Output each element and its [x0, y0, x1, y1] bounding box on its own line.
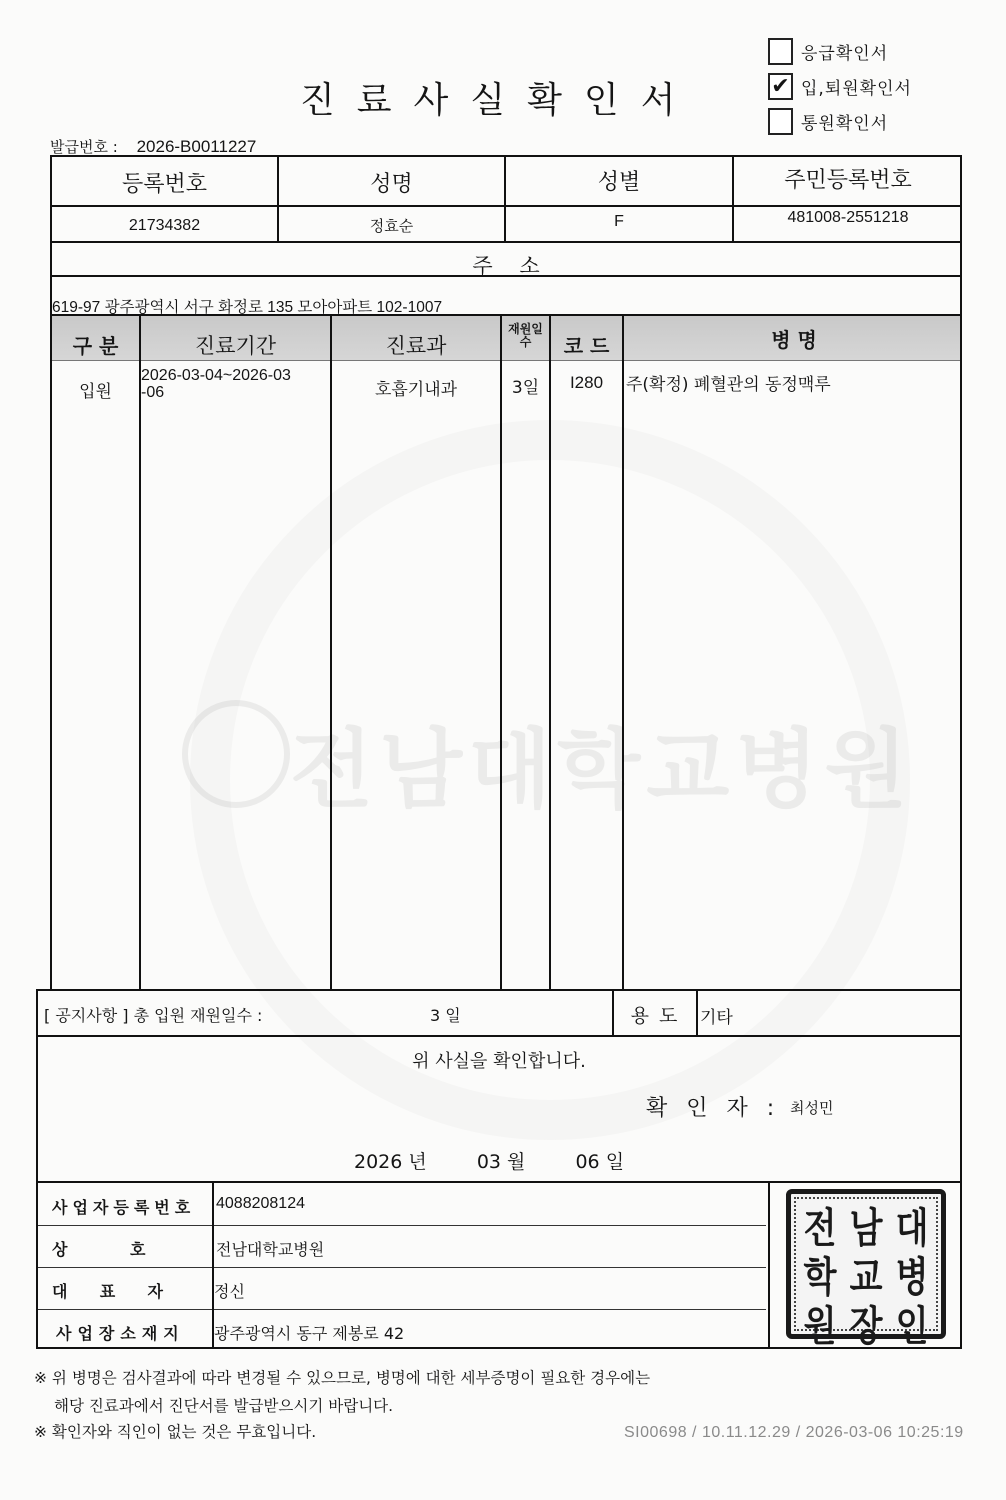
business-reg-value: 4088208124: [216, 1195, 305, 1213]
confirmation-section: [ 공지사항 ] 총 입원 재원일수 : 3 일 용 도 기타 위 사실을 확인…: [36, 989, 962, 1349]
issue-number: 2026-B0011227: [137, 137, 257, 156]
checkbox-label: 응급확인서: [801, 39, 888, 64]
print-stamp: SI00698 / 10.11.12.29 / 2026-03-06 10:25…: [624, 1424, 964, 1442]
row-code: I280: [551, 373, 622, 393]
header-days-line2: 수: [502, 336, 549, 349]
footer-note-2: ※ 확인자와 직인이 없는 것은 무효입니다.: [34, 1420, 316, 1442]
footer-note-1-line-2: 해당 진료과에서 진단서를 발급받으시기 바랍니다.: [54, 1394, 393, 1416]
issue-number-label: 발급번호 :: [50, 138, 118, 156]
seal-char: 인: [889, 1293, 935, 1352]
confirmer-label: 확 인 자 :: [646, 1091, 780, 1122]
confirmation-date: 2026 년 03 월 06 일: [354, 1147, 624, 1174]
certificate-type-checkboxes: 응급확인서 ✔ 입,퇴원확인서 통원확인서: [768, 34, 912, 139]
checkmark-icon[interactable]: ✔: [768, 73, 793, 100]
row-period-line2: -06: [141, 384, 291, 401]
row-diagnosis: 주(확정) 폐혈관의 동정맥루: [626, 370, 831, 395]
header-period: 진료기간: [141, 330, 330, 360]
reg-no-value: 21734382: [52, 217, 277, 235]
date-day: 06: [575, 1151, 599, 1173]
confirmation-statement: 위 사실을 확인합니다.: [38, 1047, 960, 1073]
header-category: 구 분: [52, 330, 139, 359]
checkbox-emergency[interactable]: 응급확인서: [768, 34, 912, 69]
row-period: 2026-03-04~2026-03 -06: [141, 367, 291, 401]
header-days: 재원일 수: [502, 323, 549, 349]
business-name-label: 상 호: [52, 1237, 147, 1260]
header-department: 진료과: [332, 330, 500, 360]
seal-char: 장: [843, 1293, 889, 1352]
patient-info-table: 등록번호 성명 성별 주민등록번호 21734382 정효순 F 481008-…: [50, 155, 962, 989]
checkbox-admission-discharge[interactable]: ✔ 입,퇴원확인서: [768, 69, 912, 104]
purpose-label: 용 도: [614, 1001, 696, 1028]
checkbox-outpatient[interactable]: 통원확인서: [768, 104, 912, 139]
sex-value: F: [506, 213, 732, 231]
row-category: 입원: [52, 377, 139, 402]
address-header: 주 소: [52, 250, 960, 280]
footer-note-1-line-1: ※ 위 병명은 검사결과에 따라 변경될 수 있으므로, 병명에 대한 세부증명…: [34, 1366, 650, 1388]
date-day-unit: 일: [606, 1151, 624, 1173]
total-days-value: 3 일: [430, 1003, 461, 1026]
row-days: 3일: [502, 373, 549, 398]
checkbox-empty-icon[interactable]: [768, 38, 793, 65]
checkbox-label: 통원확인서: [801, 109, 888, 134]
seal-char: 원: [797, 1293, 843, 1352]
resident-no-value: 481008-2551218: [734, 209, 962, 227]
representative-label: 대 표 자: [52, 1279, 165, 1302]
notice-total-days-label: [ 공지사항 ] 총 입원 재원일수 :: [44, 1003, 262, 1026]
checkbox-label: 입,퇴원확인서: [801, 74, 912, 99]
purpose-value: 기타: [700, 1003, 733, 1028]
representative-value: 정신: [214, 1279, 245, 1302]
document-title: 진료사실확인서: [300, 72, 697, 123]
date-month: 03: [477, 1151, 501, 1173]
business-address-value: 광주광역시 동구 제봉로 42: [214, 1321, 404, 1344]
header-code: 코 드: [551, 330, 622, 359]
header-name: 성명: [279, 167, 504, 198]
date-year: 2026: [354, 1151, 402, 1173]
name-value: 정효순: [279, 215, 504, 236]
row-period-line1: 2026-03-04~2026-03: [141, 367, 291, 384]
header-reg-no: 등록번호: [52, 167, 277, 198]
confirmer-name: 최성민: [790, 1097, 833, 1118]
date-month-unit: 월: [507, 1151, 525, 1173]
business-address-label: 사업장소재지: [56, 1321, 185, 1344]
hospital-seal-icon: 전 남 대 학 교 병 원 장 인: [786, 1189, 946, 1339]
address-value: 619-97 광주광역시 서구 화정로 135 모아아파트 102-1007: [52, 295, 442, 317]
header-sex: 성별: [506, 165, 732, 196]
issue-number-line: 발급번호 : 2026-B0011227: [50, 136, 256, 157]
checkbox-empty-icon[interactable]: [768, 108, 793, 135]
business-name-value: 전남대학교병원: [216, 1237, 324, 1260]
row-department: 호흡기내과: [332, 375, 500, 400]
business-reg-label: 사업자등록번호: [52, 1195, 195, 1218]
date-year-unit: 년: [408, 1151, 426, 1173]
header-resident-no: 주민등록번호: [734, 163, 962, 194]
header-diagnosis: 병 명: [624, 324, 964, 353]
